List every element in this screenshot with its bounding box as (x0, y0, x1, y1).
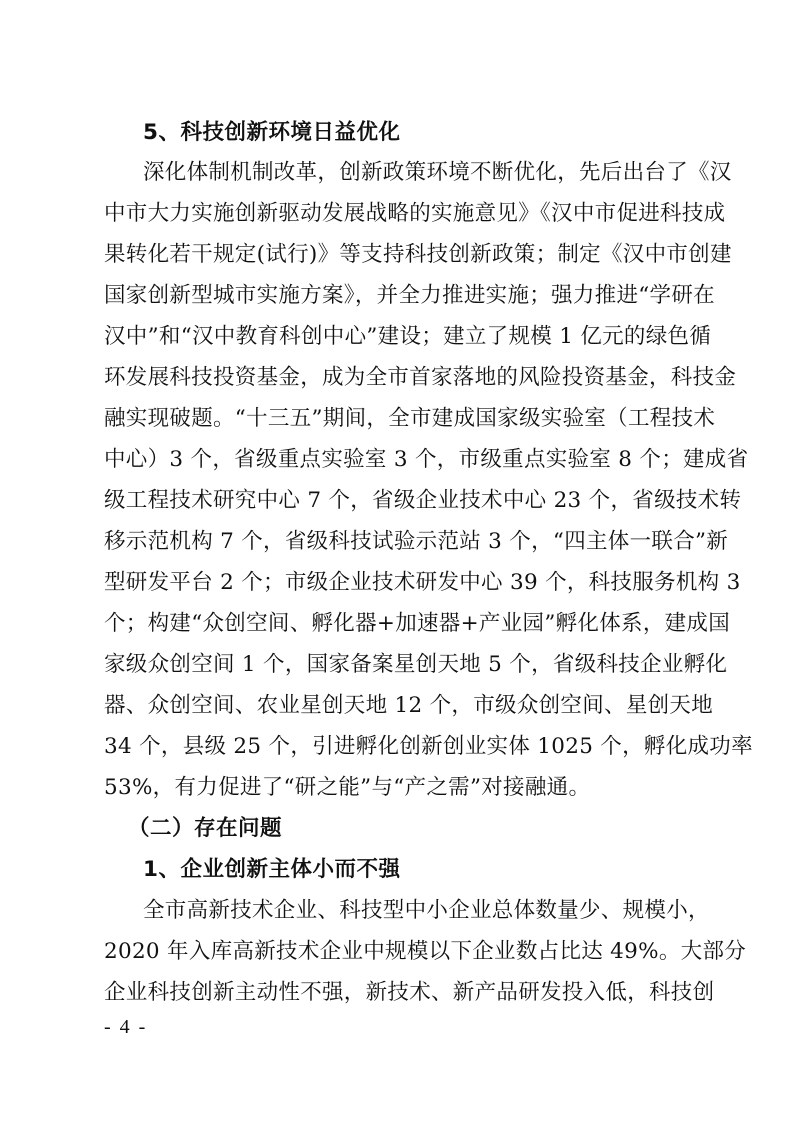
page-number: - 4 - (104, 1016, 147, 1039)
paragraph-line: 34 个，县级 25 个，引进孵化创新创业实体 1025 个，孵化成功率 (104, 726, 692, 767)
section-heading-tech-environment: 5、科技创新环境日益优化 (143, 112, 731, 153)
paragraph-line: 2020 年入库高新技术企业中规模以下企业数占比达 49%。大部分 (104, 931, 692, 972)
paragraph-line: 个；构建“众创空间、孵化器+加速器+产业园”孵化体系，建成国 (104, 603, 692, 644)
paragraph-line: 企业科技创新主动性不强，新技术、新产品研发投入低，科技创 (104, 972, 692, 1013)
paragraph-line: 果转化若干规定(试行)》等支持科技创新政策；制定《汉中市创建 (104, 234, 692, 275)
paragraph-line: 全市高新技术企业、科技型中小企业总体数量少、规模小， (143, 890, 692, 931)
paragraph-line: 53%，有力促进了“研之能”与“产之需”对接融通。 (104, 767, 692, 808)
paragraph-line: 国家创新型城市实施方案》，并全力推进实施；强力推进“学研在 (104, 275, 692, 316)
document-page: 5、科技创新环境日益优化 深化体制机制改革，创新政策环境不断优化，先后出台了《汉… (0, 0, 793, 1122)
paragraph-line: 移示范机构 7 个，省级科技试验示范站 3 个，“四主体一联合”新 (104, 521, 692, 562)
paragraph-line: 器、众创空间、农业星创天地 12 个，市级众创空间、星创天地 (104, 685, 692, 726)
paragraph-line: 汉中”和“汉中教育科创中心”建设；建立了规模 1 亿元的绿色循 (104, 316, 692, 357)
paragraph-line: 环发展科技投资基金，成为全市首家落地的风险投资基金，科技金 (104, 357, 692, 398)
section-heading-existing-problems: （二）存在问题 (128, 808, 716, 849)
paragraph-line: 家级众创空间 1 个，国家备案星创天地 5 个，省级科技企业孵化 (104, 644, 692, 685)
paragraph-line: 型研发平台 2 个；市级企业技术研发中心 39 个，科技服务机构 3 (104, 562, 692, 603)
paragraph-line: 中市大力实施创新驱动发展战略的实施意见》《汉中市促进科技成 (104, 193, 692, 234)
paragraph-line: 深化体制机制改革，创新政策环境不断优化，先后出台了《汉 (143, 152, 692, 193)
paragraph-line: 级工程技术研究中心 7 个，省级企业技术中心 23 个，省级技术转 (104, 480, 692, 521)
paragraph-line: 中心）3 个，省级重点实验室 3 个，市级重点实验室 8 个；建成省 (104, 439, 692, 480)
paragraph-line: 融实现破题。“十三五”期间，全市建成国家级实验室（工程技术 (104, 398, 692, 439)
subsection-heading-enterprise-innovation: 1、企业创新主体小而不强 (143, 849, 731, 890)
